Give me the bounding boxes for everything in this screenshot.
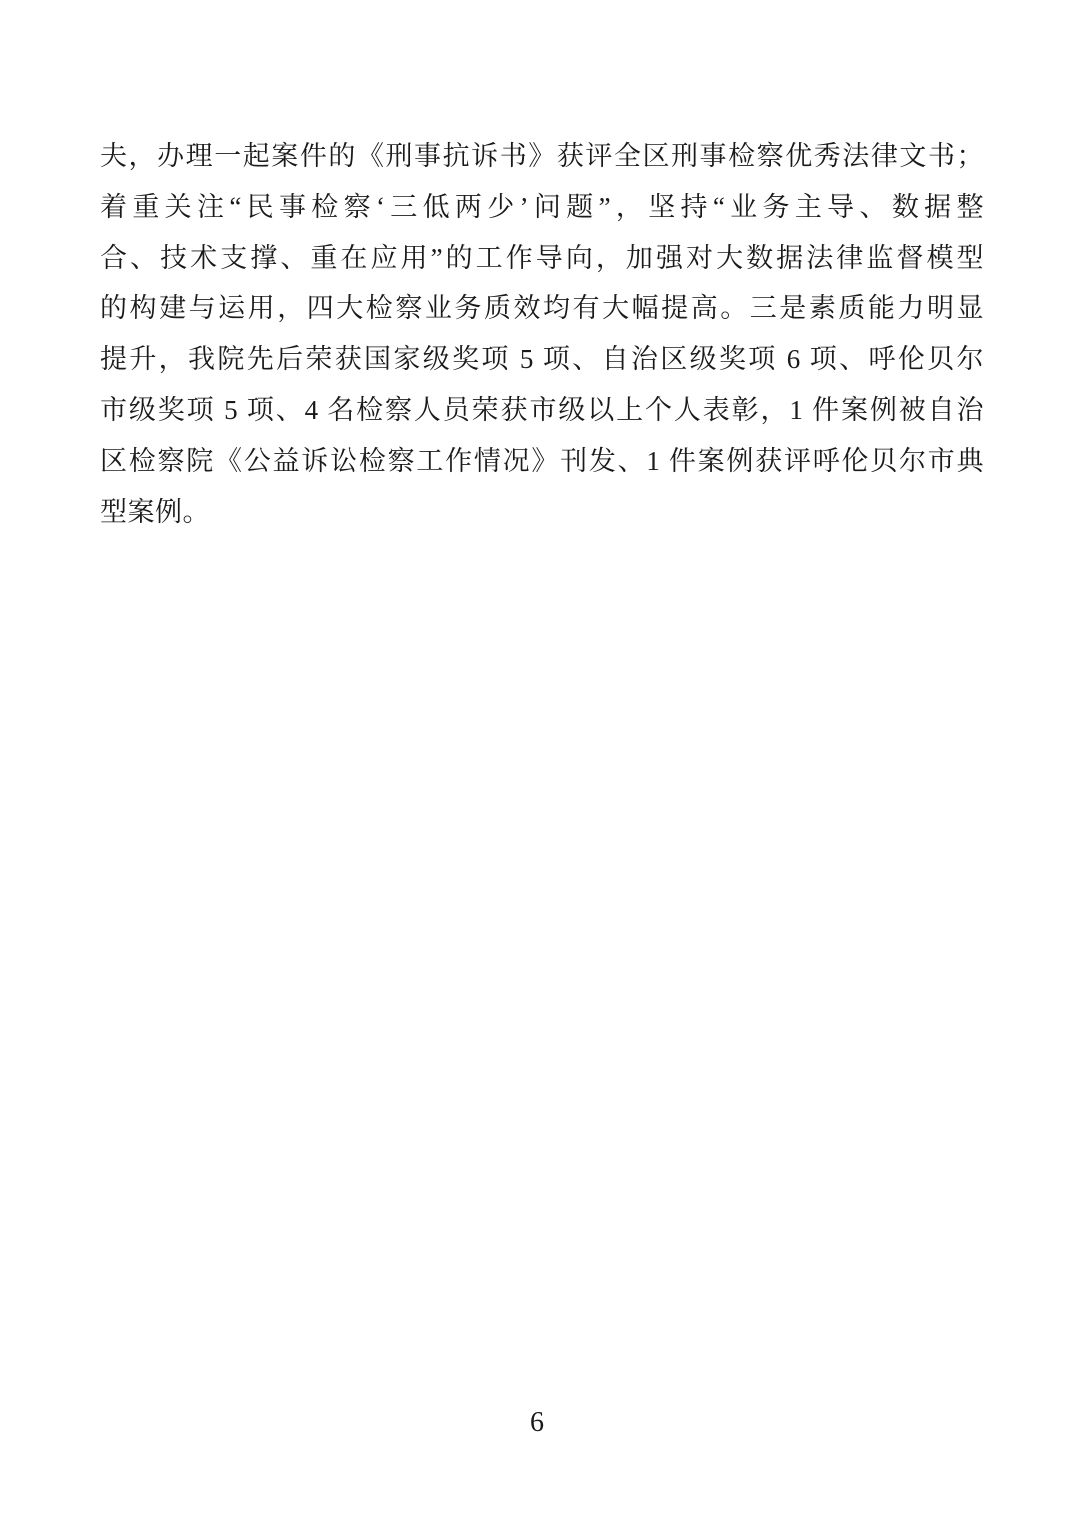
paragraph-line: 合、技术支撑、重在应用”的工作导向，加强对大数据法律监督模型 [100, 233, 984, 284]
paragraph-line: 市级奖项 5 项、4 名检察人员荣获市级以上个人表彰，1 件案例被自治 [100, 385, 984, 436]
document-page: 夫，办理一起案件的《刑事抗诉书》获评全区刑事检察优秀法律文书； 着重关注“民事检… [0, 0, 1074, 1520]
paragraph-line: 型案例。 [100, 487, 984, 538]
paragraph-line: 着重关注“民事检察‘三低两少’问题”，坚持“业务主导、数据整 [100, 182, 984, 233]
paragraph-line: 夫，办理一起案件的《刑事抗诉书》获评全区刑事检察优秀法律文书； [100, 131, 984, 182]
page-footer: 6 [0, 1406, 1074, 1440]
paragraph-line: 提升，我院先后荣获国家级奖项 5 项、自治区级奖项 6 项、呼伦贝尔 [100, 334, 984, 385]
paragraph-block: 夫，办理一起案件的《刑事抗诉书》获评全区刑事检察优秀法律文书； 着重关注“民事检… [100, 131, 984, 537]
paragraph-line: 的构建与运用，四大检察业务质效均有大幅提高。三是素质能力明显 [100, 283, 984, 334]
page-number: 6 [530, 1406, 544, 1440]
paragraph-line: 区检察院《公益诉讼检察工作情况》刊发、1 件案例获评呼伦贝尔市典 [100, 436, 984, 487]
